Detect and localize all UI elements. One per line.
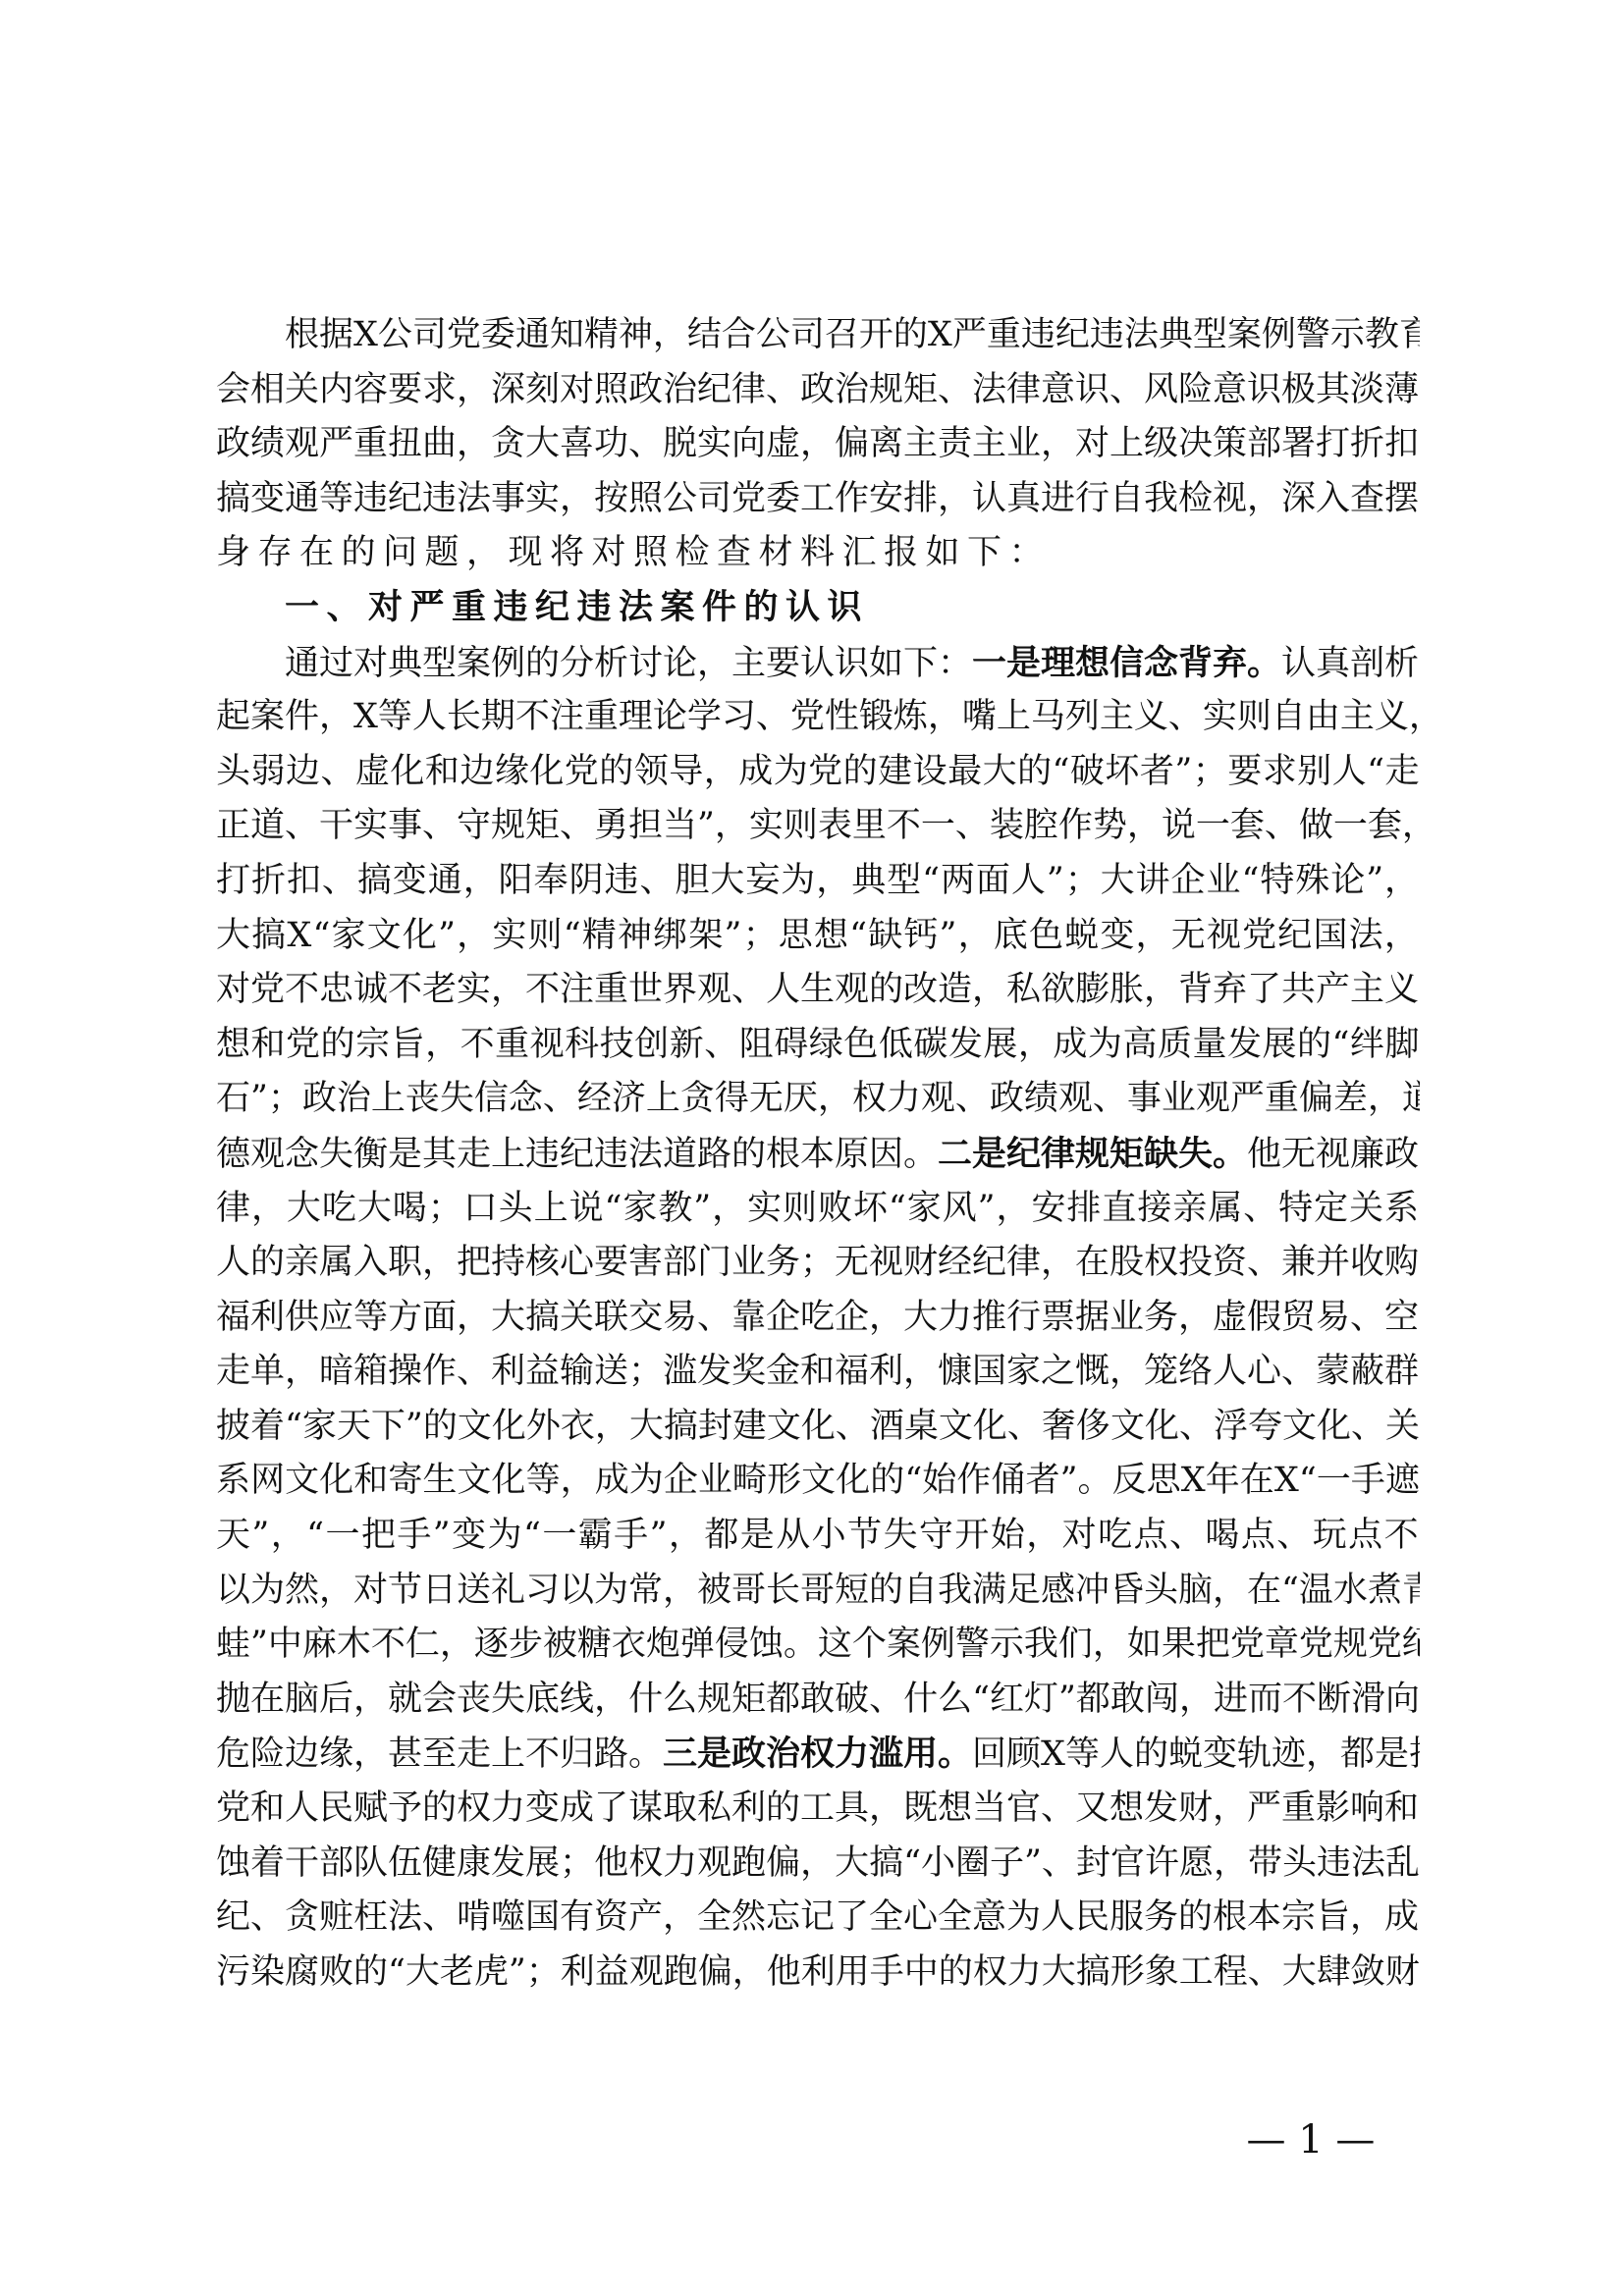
text-line: 律，大吃大喝；口头上说“家教”，实则败坏“家风”，安排直接亲属、特定关系	[216, 1182, 1420, 1237]
text-segment: 党和人民赋予的权力变成了谋取私利的工具，既想当官、又想发财，严重影响和腐	[216, 1789, 1420, 1828]
text-line: 正道、干实事、守规矩、勇担当”，实则表里不一、装腔作势，说一套、做一套，	[216, 799, 1420, 854]
text-segment: 披着“家天下”的文化外衣，大搞封建文化、酒桌文化、奢侈文化、浮夸文化、关	[216, 1407, 1420, 1446]
text-segment: 纪、贪赃枉法、啃噬国有资产，全然忘记了全心全意为人民服务的根本宗旨，成为	[216, 1897, 1420, 1937]
text-segment: 政绩观严重扭曲，贪大喜功、脱实向虚，偏离主责主业，对上级决策部署打折扣、	[216, 424, 1420, 463]
text-line: 抛在脑后，就会丧失底线，什么规矩都敢破、什么“红灯”都敢闯，进而不断滑向	[216, 1673, 1420, 1728]
text-line: 人的亲属入职，把持核心要害部门业务；无视财经纪律，在股权投资、兼并收购、	[216, 1236, 1420, 1291]
text-segment: 福利供应等方面，大搞关联交易、靠企吃企，大力推行票据业务，虚假贸易、空转	[216, 1298, 1420, 1337]
text-line: 打折扣、搞变通，阳奉阴违、胆大妄为，典型“两面人”；大讲企业“特殊论”，	[216, 854, 1420, 909]
text-segment: 德观念失衡是其走上违纪违法道路的根本原因。	[216, 1135, 938, 1174]
page-number: — 1 —	[1232, 2110, 1389, 2169]
text-line: 污染腐败的“大老虎”；利益观跑偏，他利用手中的权力大搞形象工程、大肆敛财；	[216, 1946, 1420, 2001]
text-line: 想和党的宗旨，不重视科技创新、阻碍绿色低碳发展，成为高质量发展的“绊脚	[216, 1018, 1420, 1073]
text-line: 根据X公司党委通知精神，结合公司召开的X严重违纪违法典型案例警示教育大	[216, 308, 1420, 363]
text-segment: 身存在的问题，现将对照检查材料汇报如下：	[216, 533, 1051, 572]
text-segment: 起案件，X等人长期不注重理论学习、党性锻炼，嘴上马列主义、实则自由主义，带	[216, 697, 1420, 736]
text-line: 披着“家天下”的文化外衣，大搞封建文化、酒桌文化、奢侈文化、浮夸文化、关	[216, 1400, 1420, 1455]
text-line: 危险边缘，甚至走上不归路。三是政治权力滥用。回顾X等人的蜕变轨迹，都是把	[216, 1727, 1420, 1782]
text-line: 起案件，X等人长期不注重理论学习、党性锻炼，嘴上马列主义、实则自由主义，带	[216, 690, 1420, 745]
document-body: 根据X公司党委通知精神，结合公司召开的X严重违纪违法典型案例警示教育大会相关内容…	[216, 308, 1420, 2000]
text-segment: 蚀着干部队伍健康发展；他权力观跑偏，大搞“小圈子”、封官许愿，带头违法乱	[216, 1843, 1420, 1883]
text-segment: 律，大吃大喝；口头上说“家教”，实则败坏“家风”，安排直接亲属、特定关系	[216, 1189, 1420, 1228]
text-segment: 通过对典型案例的分析讨论，主要认识如下：	[285, 644, 972, 683]
text-segment: 走单，暗箱操作、利益输送；滥发奖金和福利，慷国家之慨，笼络人心、蒙蔽群众，	[216, 1352, 1420, 1391]
bold-text-segment: 二是纪律规矩缺失。	[938, 1134, 1247, 1174]
bold-text-segment: 一是理想信念背弃。	[972, 643, 1281, 683]
text-segment: 对党不忠诚不老实，不注重世界观、人生观的改造，私欲膨胀，背弃了共产主义理	[216, 970, 1420, 1009]
text-segment: 想和党的宗旨，不重视科技创新、阻碍绿色低碳发展，成为高质量发展的“绊脚	[216, 1025, 1420, 1064]
text-segment: 抛在脑后，就会丧失底线，什么规矩都敢破、什么“红灯”都敢闯，进而不断滑向	[216, 1680, 1420, 1719]
text-line: 纪、贪赃枉法、啃噬国有资产，全然忘记了全心全意为人民服务的根本宗旨，成为	[216, 1891, 1420, 1946]
document-page: 根据X公司党委通知精神，结合公司召开的X严重违纪违法典型案例警示教育大会相关内容…	[0, 0, 1624, 2296]
text-line: 德观念失衡是其走上违纪违法道路的根本原因。二是纪律规矩缺失。他无视廉政纪	[216, 1127, 1420, 1182]
text-segment: 搞变通等违纪违法事实，按照公司党委工作安排，认真进行自我检视，深入查摆自	[216, 479, 1420, 518]
text-line: 蚀着干部队伍健康发展；他权力观跑偏，大搞“小圈子”、封官许愿，带头违法乱	[216, 1837, 1420, 1892]
section-heading: 一、对严重违纪违法案件的认识	[216, 581, 1420, 636]
text-line: 走单，暗箱操作、利益输送；滥发奖金和福利，慷国家之慨，笼络人心、蒙蔽群众，	[216, 1345, 1420, 1400]
text-line: 对党不忠诚不老实，不注重世界观、人生观的改造，私欲膨胀，背弃了共产主义理	[216, 963, 1420, 1018]
text-line: 会相关内容要求，深刻对照政治纪律、政治规矩、法律意识、风险意识极其淡薄，	[216, 363, 1420, 418]
text-segment: 回顾X等人的蜕变轨迹，都是把	[972, 1735, 1420, 1774]
paragraph: 根据X公司党委通知精神，结合公司召开的X严重违纪违法典型案例警示教育大会相关内容…	[216, 308, 1420, 581]
text-segment: 根据X公司党委通知精神，结合公司召开的X严重违纪违法典型案例警示教育大	[285, 315, 1420, 354]
bold-text-segment: 一、对严重违纪违法案件的认识	[285, 588, 869, 627]
text-line: 通过对典型案例的分析讨论，主要认识如下：一是理想信念背弃。认真剖析这	[216, 636, 1420, 691]
text-segment: 打折扣、搞变通，阳奉阴违、胆大妄为，典型“两面人”；大讲企业“特殊论”，	[216, 861, 1420, 900]
text-segment: 蛙”中麻木不仁，逐步被糖衣炮弹侵蚀。这个案例警示我们，如果把党章党规党纪	[216, 1625, 1420, 1664]
text-segment: 系网文化和寄生文化等，成为企业畸形文化的“始作俑者”。反思X年在X“一手遮	[216, 1461, 1420, 1500]
text-line: 政绩观严重扭曲，贪大喜功、脱实向虚，偏离主责主业，对上级决策部署打折扣、	[216, 417, 1420, 472]
text-line: 天”，“一把手”变为“一霸手”，都是从小节失守开始，对吃点、喝点、玩点不	[216, 1509, 1420, 1564]
text-segment: 正道、干实事、守规矩、勇担当”，实则表里不一、装腔作势，说一套、做一套，	[216, 806, 1420, 845]
text-line: 蛙”中麻木不仁，逐步被糖衣炮弹侵蚀。这个案例警示我们，如果把党章党规党纪	[216, 1618, 1420, 1673]
text-line: 一、对严重违纪违法案件的认识	[216, 581, 1420, 636]
paragraph: 通过对典型案例的分析讨论，主要认识如下：一是理想信念背弃。认真剖析这起案件，X等…	[216, 636, 1420, 2001]
text-segment: 天”，“一把手”变为“一霸手”，都是从小节失守开始，对吃点、喝点、玩点不	[216, 1516, 1420, 1555]
text-segment: 石”；政治上丧失信念、经济上贪得无厌，权力观、政绩观、事业观严重偏差，道	[216, 1079, 1420, 1118]
text-line: 系网文化和寄生文化等，成为企业畸形文化的“始作俑者”。反思X年在X“一手遮	[216, 1454, 1420, 1509]
text-segment: 会相关内容要求，深刻对照政治纪律、政治规矩、法律意识、风险意识极其淡薄，	[216, 370, 1420, 409]
text-line: 头弱边、虚化和边缘化党的领导，成为党的建设最大的“破坏者”；要求别人“走	[216, 745, 1420, 800]
text-line: 党和人民赋予的权力变成了谋取私利的工具，既想当官、又想发财，严重影响和腐	[216, 1782, 1420, 1837]
text-segment: 人的亲属入职，把持核心要害部门业务；无视财经纪律，在股权投资、兼并收购、	[216, 1243, 1420, 1282]
text-line: 搞变通等违纪违法事实，按照公司党委工作安排，认真进行自我检视，深入查摆自	[216, 472, 1420, 527]
text-line: 福利供应等方面，大搞关联交易、靠企吃企，大力推行票据业务，虚假贸易、空转	[216, 1291, 1420, 1346]
text-segment: 认真剖析这	[1281, 644, 1420, 683]
text-segment: 大搞X“家文化”，实则“精神绑架”；思想“缺钙”，底色蜕变，无视党纪国法，	[216, 916, 1420, 955]
text-line: 以为然，对节日送礼习以为常，被哥长哥短的自我满足感冲昏头脑，在“温水煮青	[216, 1564, 1420, 1619]
text-line: 身存在的问题，现将对照检查材料汇报如下：	[216, 526, 1420, 581]
text-line: 石”；政治上丧失信念、经济上贪得无厌，权力观、政绩观、事业观严重偏差，道	[216, 1072, 1420, 1127]
text-segment: 污染腐败的“大老虎”；利益观跑偏，他利用手中的权力大搞形象工程、大肆敛财；	[216, 1952, 1420, 1992]
text-segment: 危险边缘，甚至走上不归路。	[216, 1735, 663, 1774]
text-line: 大搞X“家文化”，实则“精神绑架”；思想“缺钙”，底色蜕变，无视党纪国法，	[216, 909, 1420, 964]
text-segment: 头弱边、虚化和边缘化党的领导，成为党的建设最大的“破坏者”；要求别人“走	[216, 752, 1420, 791]
text-segment: 以为然，对节日送礼习以为常，被哥长哥短的自我满足感冲昏头脑，在“温水煮青	[216, 1571, 1420, 1610]
bold-text-segment: 三是政治权力滥用。	[663, 1734, 972, 1774]
text-segment: 他无视廉政纪	[1247, 1135, 1420, 1174]
